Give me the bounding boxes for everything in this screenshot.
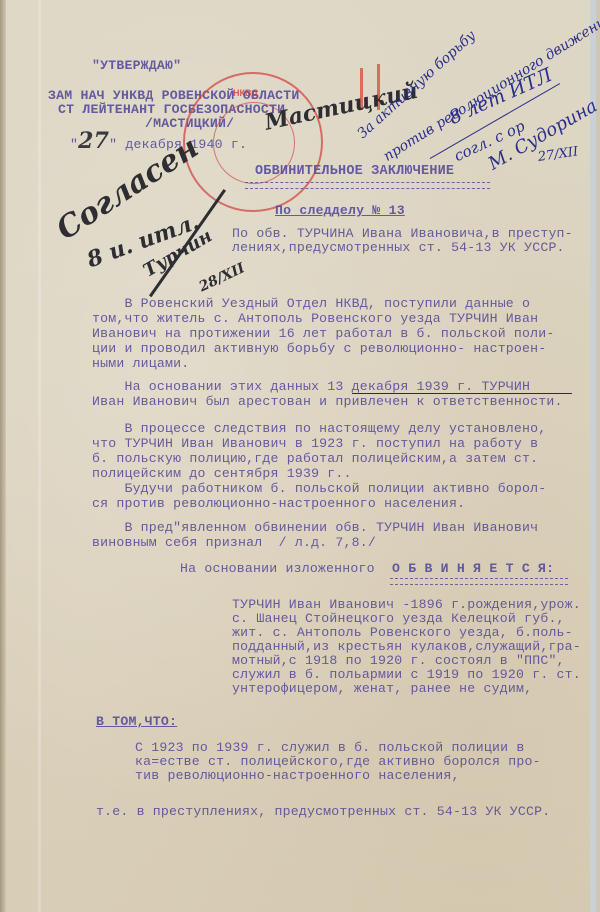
accused-line-7: унтерофицером, женат, ранее не судим, <box>232 681 532 696</box>
accused-line-3: жит. с. Антополь Ровенского уезда, б.пол… <box>232 625 573 640</box>
subject-line-2: лениях,предусмотренных ст. 54-13 УК УССР… <box>232 240 565 255</box>
accused-line-1: ТУРЧИН Иван Иванович -1896 г.рождения,ур… <box>232 597 581 612</box>
approval-date-day: 27 <box>78 128 109 154</box>
para1-line-1: В Ровенский Уездный Отдел НКВД, поступил… <box>92 296 530 311</box>
accusation-intro: На основании изложенного <box>180 561 375 576</box>
document-title: ОБВИНИТЕЛЬНОЕ ЗАКЛЮЧЕНИЕ <box>255 164 454 179</box>
title-double-underline <box>245 182 490 189</box>
approval-heading: "УТВЕРЖДАЮ" <box>92 58 181 73</box>
accusation-double-underline <box>390 578 568 585</box>
para1-line-5: ными лицами. <box>92 356 189 371</box>
charge-line-2: ка=естве ст. полицейского,где активно бо… <box>135 754 541 769</box>
resolution-sentence: 8 лет ИТЛ <box>446 64 556 129</box>
para3-line-3: б. польскую полицию,где работал полицейс… <box>92 451 538 466</box>
conclusion-line: т.е. в преступлениях, предусмотренных ст… <box>96 804 550 819</box>
charge-line-1: С 1923 по 1939 г. служил в б. польской п… <box>135 740 524 755</box>
accused-line-5: мотный,с 1918 по 1920 г. состоял в "ППС"… <box>232 653 565 668</box>
para3-line-6: ся против революционно-настроенного насе… <box>92 496 465 511</box>
para3-line-2: что ТУРЧИН Иван Иванович в 1923 г. посту… <box>92 436 538 451</box>
para3-line-5: Будучи работником б. польской полиции ак… <box>92 481 546 496</box>
para3-line-4: полицейским до сентября 1939 г.. <box>92 466 352 481</box>
accused-line-6: служил в б. польармии с 1919 по 1920 г. … <box>232 667 581 682</box>
para1-line-2: том,что житель с. Антополь Ровенского уе… <box>92 311 538 326</box>
para2-line-1: На основании этих данных 13 декабря 1939… <box>92 379 530 394</box>
para4-line-2: виновным себя признал / л.д. 7,8./ <box>92 535 376 550</box>
case-number: По следделу № 13 <box>275 203 405 218</box>
para2-pencil-underline <box>352 393 572 394</box>
nkvd-stamp: НКВД <box>183 72 323 212</box>
page-fold <box>38 0 41 912</box>
page-left-edge <box>0 0 6 912</box>
stamp-inner-text: НКВД <box>233 88 258 98</box>
in-that-label: В ТОМ,ЧТО: <box>96 714 177 729</box>
accused-line-4: подданный,из крестьян кулаков,служащий,г… <box>232 639 581 654</box>
pencil-date: 28/XII <box>197 260 248 295</box>
resolution-date: 27/XII <box>537 144 579 164</box>
page-right-edge <box>590 0 596 912</box>
para1-line-4: ции и проводил активную борьбу с революц… <box>92 341 546 356</box>
document-page: "УТВЕРЖДАЮ" ЗАМ НАЧ УНКВД РОВЕНСКОЙ ОБЛА… <box>0 0 596 912</box>
para2-line-2: Иван Иванович был арестован и привлечен … <box>92 394 563 409</box>
accusation-word: О Б В И Н Я Е Т С Я: <box>392 561 554 576</box>
para1-line-3: Иванович на протижении 16 лет работал в … <box>92 326 555 341</box>
para3-line-1: В процессе следствия по настоящему делу … <box>92 421 546 436</box>
subject-line-1: По обв. ТУРЧИНА Ивана Ивановича,в престу… <box>232 226 573 241</box>
charge-line-3: тив революционно-настроенного населения, <box>135 768 460 783</box>
accused-line-2: с. Шанец Стойнецкого уезда Келецкой губ.… <box>232 611 565 626</box>
para4-line-1: В пред"явленном обвинении обв. ТУРЧИН Ив… <box>92 520 538 535</box>
